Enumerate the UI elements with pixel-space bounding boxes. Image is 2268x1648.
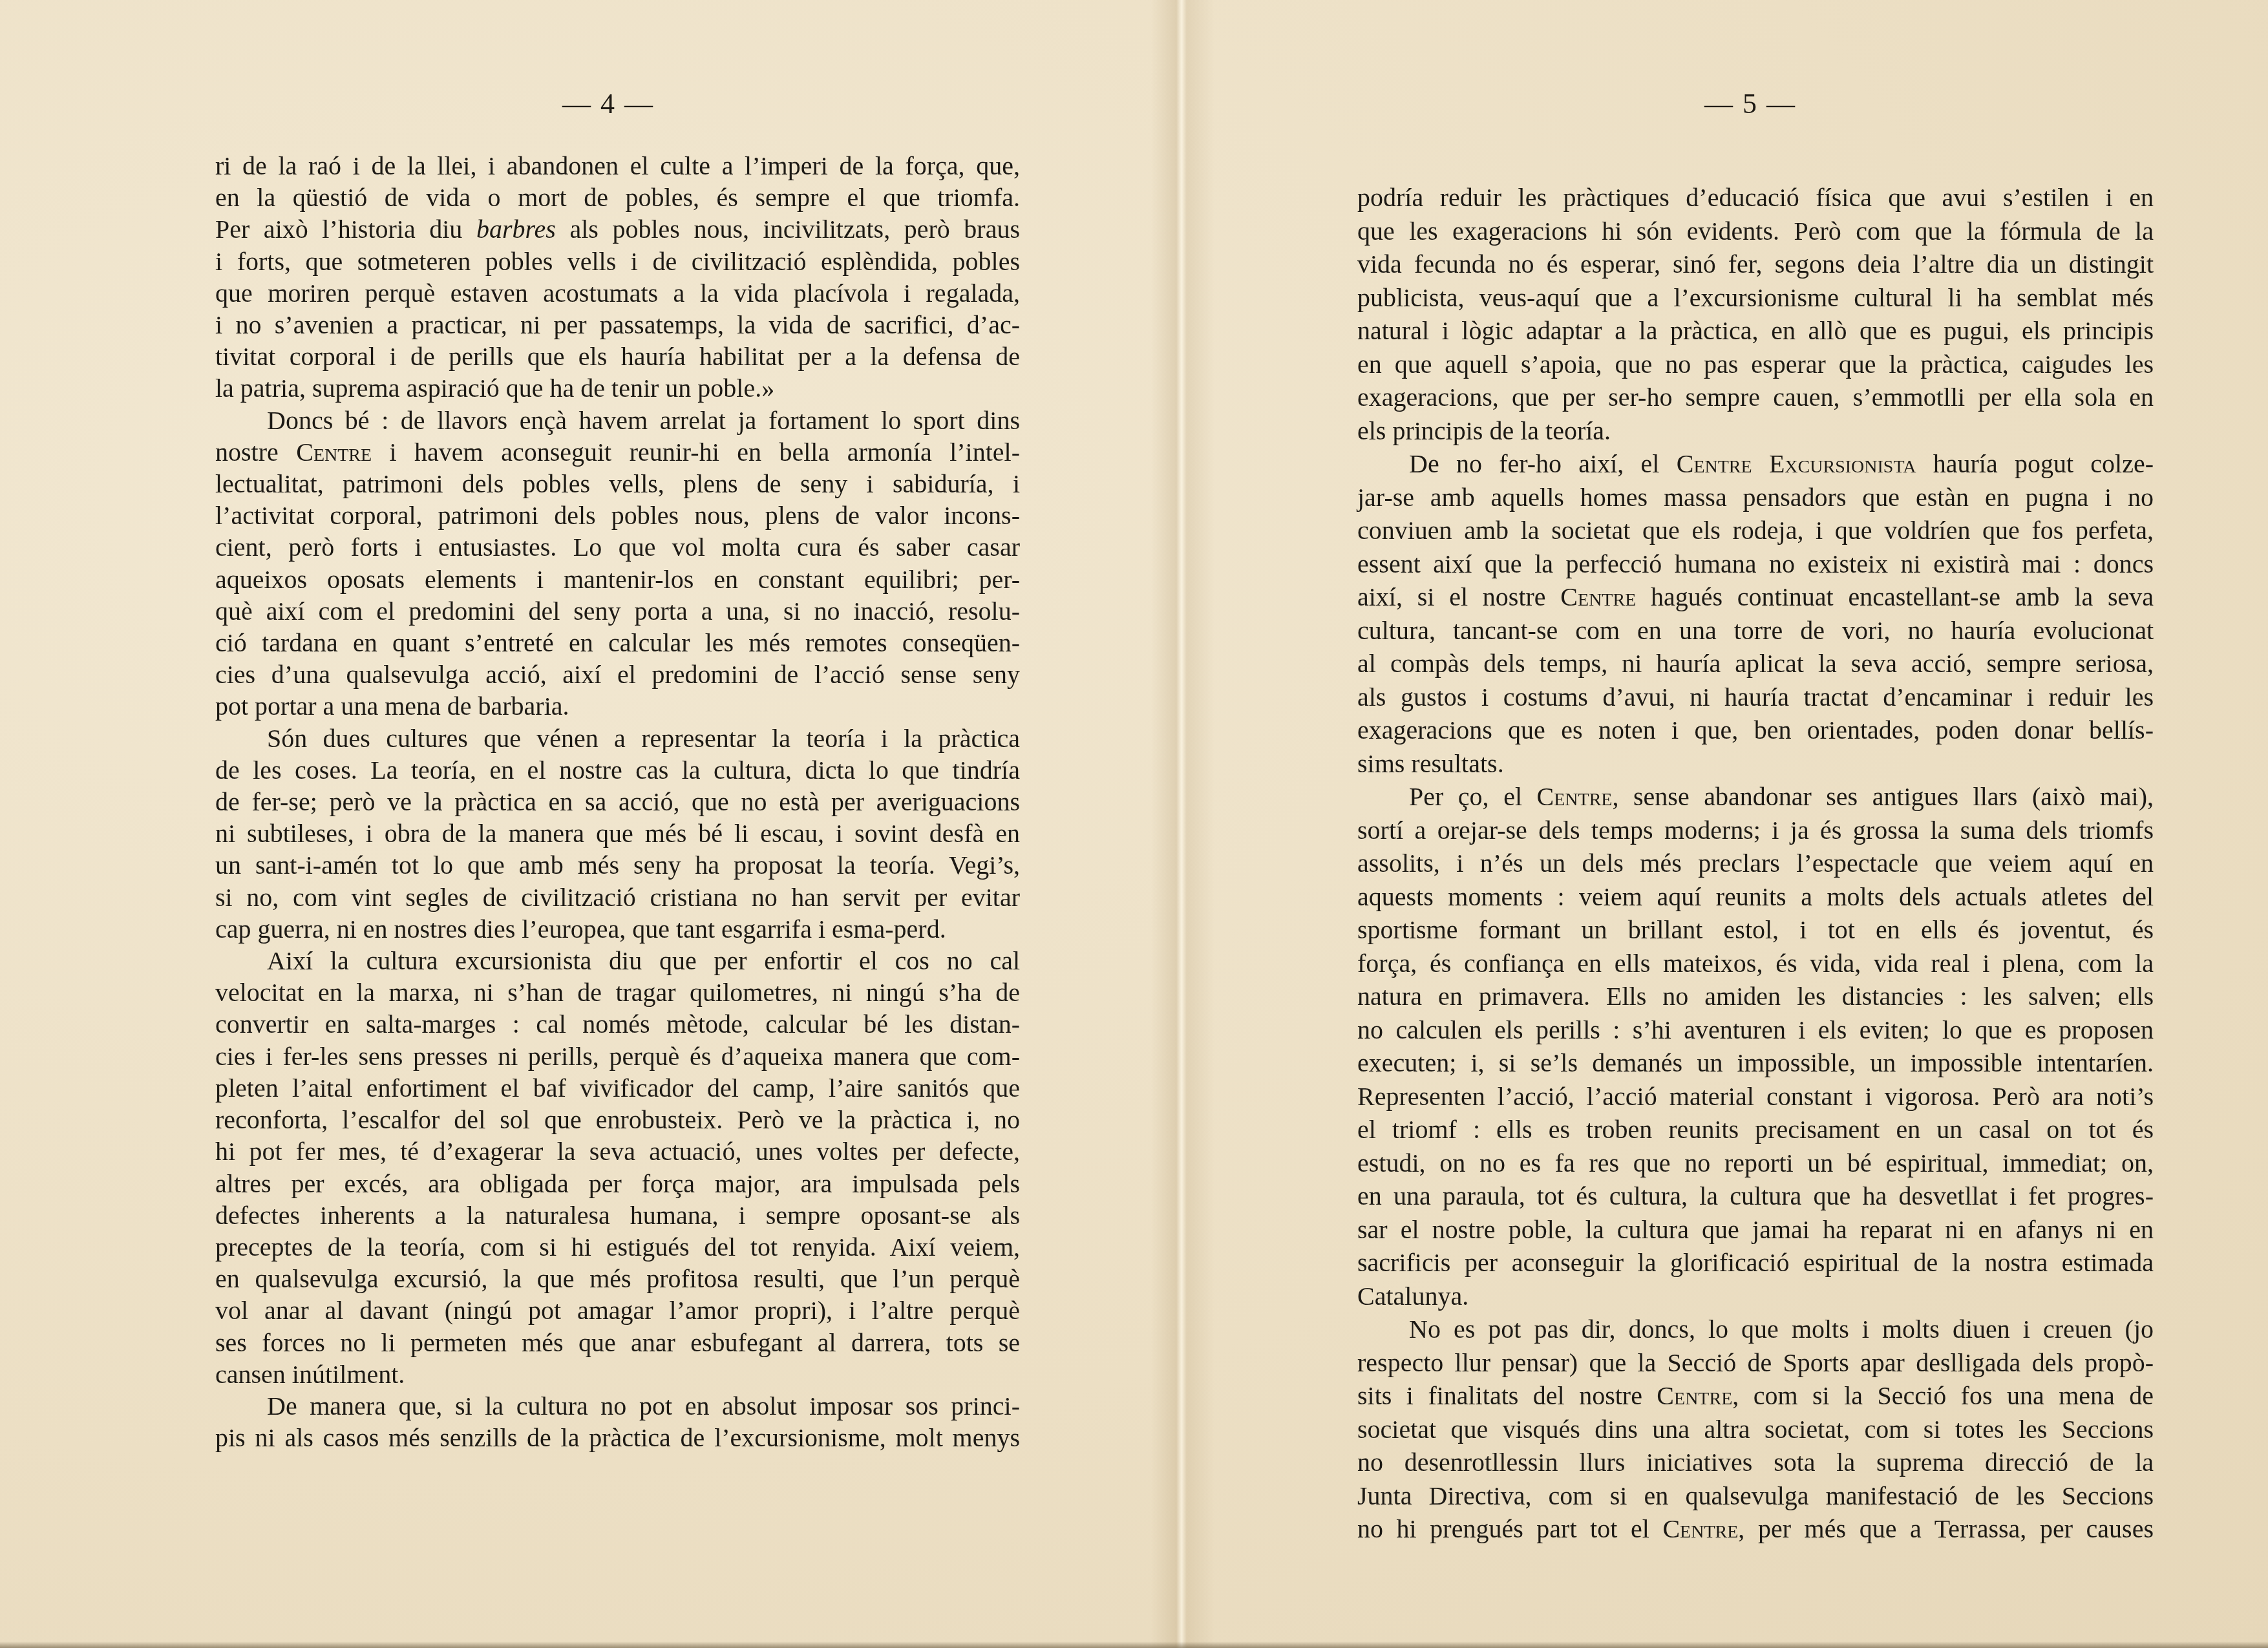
text-line: Junta Directiva, com si en qualsevulga m… [1357, 1479, 2154, 1513]
text-line: jar-se amb aquells homes massa pensadors… [1357, 481, 2154, 514]
line-text: cap guerra, ni en nostres dies l’europea… [215, 913, 1020, 945]
text-line: sar el nostre poble, la cultura que jama… [1357, 1213, 2154, 1247]
text-line: sortí a orejar-se dels temps moderns; i … [1357, 814, 2154, 847]
line-text: podría reduir les pràctiques d’educació … [1357, 181, 2154, 215]
line-text: al compàs dels temps, ni hauría aplicat … [1357, 647, 2154, 681]
text-line: Així la cultura excursionista diu que pe… [215, 945, 1020, 977]
line-text: hi pot fer mes, té d’exagerar la seva ac… [215, 1136, 1020, 1167]
line-text: De manera que, si la cultura no pot en a… [215, 1390, 1020, 1422]
text-line: conviuen amb la societat que els rodeja,… [1357, 514, 2154, 547]
line-text: vida fecunda no és esperar, sinó fer, se… [1357, 248, 2154, 281]
line-text: cultura, tancant-se com en una torre de … [1357, 614, 2154, 648]
text-line: exageracions que es noten i que, ben ori… [1357, 713, 2154, 747]
text-line: vol anar al davant (ningú pot amagar l’a… [215, 1294, 1020, 1326]
line-text: pleten l’aital enfortiment el baf vivifi… [215, 1072, 1020, 1104]
text-line: convertir en salta-marges : cal només mè… [215, 1008, 1020, 1040]
text-line: podría reduir les pràctiques d’educació … [1357, 181, 2154, 215]
line-text: nostre Centre i havem aconseguit reunir-… [215, 436, 1020, 468]
line-text: en la qüestió de vida o mort de pobles, … [215, 182, 1020, 213]
line-text: executen; i, si se’ls demanés un impossi… [1357, 1046, 2154, 1080]
line-text: altres per excés, ara obligada per força… [215, 1168, 1020, 1199]
line-text: no hi prengués part tot el Centre, per m… [1357, 1512, 2154, 1546]
line-text: sits i finalitats del nostre Centre, com… [1357, 1379, 2154, 1413]
text-line: l’activitat corporal, patrimoni dels pob… [215, 500, 1020, 531]
text-line: així, si el nostre Centre hagués continu… [1357, 580, 2154, 614]
text-line: si no, com vint segles de civilització c… [215, 882, 1020, 913]
line-text: cies i fer-les sens presses ni perills, … [215, 1041, 1020, 1072]
text-line: tivitat corporal i de perills que els ha… [215, 341, 1020, 372]
line-text: no desenrotllessin llurs iniciatives sot… [1357, 1446, 2154, 1479]
line-text: defectes inherents a la naturalesa human… [215, 1199, 1020, 1231]
line-text: publicista, veus-aquí que a l’excursioni… [1357, 281, 2154, 315]
text-line: aqueixos oposats elements i mantenir-los… [215, 564, 1020, 595]
line-text: natura en primavera. Ells no amiden les … [1357, 980, 2154, 1013]
text-line: respecto llur pensar) que la Secció de S… [1357, 1346, 2154, 1380]
line-text: què així com el predomini del seny porta… [215, 595, 1020, 627]
line-text: la patria, suprema aspiració que ha de t… [215, 372, 1020, 404]
line-text: que les exageracions hi són evidents. Pe… [1357, 215, 2154, 248]
line-text: assolits, i n’és un dels més preclars l’… [1357, 847, 2154, 880]
text-line: sportisme formant un brillant estol, i t… [1357, 913, 2154, 947]
text-line: defectes inherents a la naturalesa human… [215, 1199, 1020, 1231]
line-text: força, és confiança en ells mateixos, és… [1357, 947, 2154, 980]
text-line: no calculen els perills : s’hi aventuren… [1357, 1013, 2154, 1047]
line-text: essent així que la perfecció humana no e… [1357, 547, 2154, 581]
book-spread: — 4 — ri de la raó i de la llei, i aband… [0, 0, 2268, 1648]
line-text: natural i lògic adaptar a la pràctica, e… [1357, 314, 2154, 348]
text-line: lectualitat, patrimoni dels pobles vells… [215, 468, 1020, 500]
body-text: ri de la raó i de la llei, i abandonen e… [215, 150, 1020, 1453]
line-text: sacrificis per aconseguir la glorificaci… [1357, 1246, 2154, 1280]
text-line: sits i finalitats del nostre Centre, com… [1357, 1379, 2154, 1413]
body-text: podría reduir les pràctiques d’educació … [1357, 181, 2154, 1546]
line-text: ni subtileses, i obra de la manera que m… [215, 818, 1020, 849]
text-line: què així com el predomini del seny porta… [215, 595, 1020, 627]
line-text: preceptes de la teoría, com si hi estigu… [215, 1231, 1020, 1263]
line-text: vol anar al davant (ningú pot amagar l’a… [215, 1294, 1020, 1326]
text-line: Per ço, el Centre, sense abandonar ses a… [1357, 780, 2154, 814]
text-line: publicista, veus-aquí que a l’excursioni… [1357, 281, 2154, 315]
text-line: el triomf : ells es troben reunits preci… [1357, 1113, 2154, 1146]
text-line: assolits, i n’és un dels més preclars l’… [1357, 847, 2154, 880]
line-text: tivitat corporal i de perills que els ha… [215, 341, 1020, 372]
text-line: societat que visqués dins una altra soci… [1357, 1413, 2154, 1446]
text-line: la patria, suprema aspiració que ha de t… [215, 372, 1020, 404]
page-bottom-edge-shadow [0, 1642, 2268, 1648]
text-line: pot portar a una mena de barbaria. [215, 690, 1020, 722]
line-text: i forts, que sotmeteren pobles vells i d… [215, 246, 1020, 277]
text-line: cultura, tancant-se com en una torre de … [1357, 614, 2154, 648]
text-line: Per això l’historia diu barbres als pobl… [215, 213, 1020, 245]
text-line: pleten l’aital enfortiment el baf vivifi… [215, 1072, 1020, 1104]
line-text: cies d’una qualsevulga acció, així el pr… [215, 659, 1020, 690]
page-number: — 5 — [1704, 87, 1796, 120]
text-line: que moriren perquè estaven acostumats a … [215, 277, 1020, 309]
line-text: així, si el nostre Centre hagués continu… [1357, 580, 2154, 614]
line-text: jar-se amb aquells homes massa pensadors… [1357, 481, 2154, 514]
line-text: el triomf : ells es troben reunits preci… [1357, 1113, 2154, 1146]
text-line: natura en primavera. Ells no amiden les … [1357, 980, 2154, 1013]
text-line: ri de la raó i de la llei, i abandonen e… [215, 150, 1020, 182]
right-page: — 5 — podría reduir les pràctiques d’edu… [1181, 0, 2268, 1648]
text-line: exageracions, que per ser-ho sempre caue… [1357, 381, 2154, 414]
line-text: de les coses. La teoría, en el nostre ca… [215, 754, 1020, 786]
line-text: sportisme formant un brillant estol, i t… [1357, 913, 2154, 947]
text-line: ni subtileses, i obra de la manera que m… [215, 818, 1020, 849]
text-line: un sant-i-amén tot lo que amb més seny h… [215, 849, 1020, 881]
line-text: De no fer-ho així, el Centre Excursionis… [1357, 447, 2154, 481]
line-text: lectualitat, patrimoni dels pobles vells… [215, 468, 1020, 500]
line-text: Així la cultura excursionista diu que pe… [215, 945, 1020, 977]
text-line: aquests moments : veiem aquí reunits a m… [1357, 880, 2154, 914]
line-text: aquests moments : veiem aquí reunits a m… [1357, 880, 2154, 914]
line-text: pis ni als casos més senzills de la pràc… [215, 1422, 1020, 1453]
line-text: els principis de la teoría. [1357, 414, 2154, 448]
text-line: cansen inútilment. [215, 1358, 1020, 1390]
text-line: Són dues cultures que vénen a representa… [215, 723, 1020, 754]
line-text: pot portar a una mena de barbaria. [215, 690, 1020, 722]
line-text: Representen l’acció, l’acció material co… [1357, 1080, 2154, 1114]
text-line: Representen l’acció, l’acció material co… [1357, 1080, 2154, 1114]
text-line: essent així que la perfecció humana no e… [1357, 547, 2154, 581]
text-line: reconforta, l’escalfor del sol que enrob… [215, 1104, 1020, 1136]
text-line: cies i fer-les sens presses ni perills, … [215, 1041, 1020, 1072]
text-line: ció tardana en quant s’entreté en calcul… [215, 627, 1020, 659]
text-line: Doncs bé : de llavors ençà havem arrelat… [215, 405, 1020, 436]
line-text: respecto llur pensar) que la Secció de S… [1357, 1346, 2154, 1380]
line-text: convertir en salta-marges : cal només mè… [215, 1008, 1020, 1040]
text-line: natural i lògic adaptar a la pràctica, e… [1357, 314, 2154, 348]
line-text: sar el nostre poble, la cultura que jama… [1357, 1213, 2154, 1247]
line-text: Doncs bé : de llavors ençà havem arrelat… [215, 405, 1020, 436]
text-line: en la qüestió de vida o mort de pobles, … [215, 182, 1020, 213]
text-line: en que aquell s’apoia, que no pas espera… [1357, 348, 2154, 381]
text-line: altres per excés, ara obligada per força… [215, 1168, 1020, 1199]
text-line: vida fecunda no és esperar, sinó fer, se… [1357, 248, 2154, 281]
text-line: ses forces no li permeten més que anar e… [215, 1327, 1020, 1358]
line-text: en una paraula, tot és cultura, la cultu… [1357, 1179, 2154, 1213]
line-text: sims resultats. [1357, 747, 2154, 781]
text-line: al compàs dels temps, ni hauría aplicat … [1357, 647, 2154, 681]
text-line: no desenrotllessin llurs iniciatives sot… [1357, 1446, 2154, 1479]
text-line: els principis de la teoría. [1357, 414, 2154, 448]
line-text: de fer-se; però ve la pràctica en sa acc… [215, 786, 1020, 818]
text-line: força, és confiança en ells mateixos, és… [1357, 947, 2154, 980]
text-line: i no s’avenien a practicar, ni per passa… [215, 309, 1020, 341]
line-text: cansen inútilment. [215, 1358, 1020, 1390]
text-line: cap guerra, ni en nostres dies l’europea… [215, 913, 1020, 945]
text-line: estudi, on no es fa res que no reporti u… [1357, 1146, 2154, 1180]
text-line: De manera que, si la cultura no pot en a… [215, 1390, 1020, 1422]
text-line: als gustos i costums d’avui, ni hauría t… [1357, 681, 2154, 714]
text-line: de les coses. La teoría, en el nostre ca… [215, 754, 1020, 786]
text-line: nostre Centre i havem aconseguit reunir-… [215, 436, 1020, 468]
line-text: en qualsevulga excursió, la que més prof… [215, 1263, 1020, 1294]
line-text: i no s’avenien a practicar, ni per passa… [215, 309, 1020, 341]
line-text: un sant-i-amén tot lo que amb més seny h… [215, 849, 1020, 881]
line-text: No es pot pas dir, doncs, lo que molts i… [1357, 1313, 2154, 1346]
line-text: aqueixos oposats elements i mantenir-los… [215, 564, 1020, 595]
line-text: ri de la raó i de la llei, i abandonen e… [215, 150, 1020, 182]
text-line: cies d’una qualsevulga acció, així el pr… [215, 659, 1020, 690]
text-line: preceptes de la teoría, com si hi estigu… [215, 1231, 1020, 1263]
line-text: Catalunya. [1357, 1280, 2154, 1313]
line-text: ció tardana en quant s’entreté en calcul… [215, 627, 1020, 659]
text-line: cient, però forts i entusiastes. Lo que … [215, 531, 1020, 563]
text-line: que les exageracions hi són evidents. Pe… [1357, 215, 2154, 248]
line-text: exageracions que es noten i que, ben ori… [1357, 713, 2154, 747]
text-line: en qualsevulga excursió, la que més prof… [215, 1263, 1020, 1294]
text-line: velocitat en la marxa, ni s’han de traga… [215, 977, 1020, 1008]
text-line: sims resultats. [1357, 747, 2154, 781]
line-text: l’activitat corporal, patrimoni dels pob… [215, 500, 1020, 531]
line-text: Per ço, el Centre, sense abandonar ses a… [1357, 780, 2154, 814]
line-text: cient, però forts i entusiastes. Lo que … [215, 531, 1020, 563]
line-text: estudi, on no es fa res que no reporti u… [1357, 1146, 2154, 1180]
text-line: executen; i, si se’ls demanés un impossi… [1357, 1046, 2154, 1080]
text-line: en una paraula, tot és cultura, la cultu… [1357, 1179, 2154, 1213]
text-line: i forts, que sotmeteren pobles vells i d… [215, 246, 1020, 277]
text-line: Catalunya. [1357, 1280, 2154, 1313]
line-text: Són dues cultures que vénen a representa… [215, 723, 1020, 754]
text-line: De no fer-ho així, el Centre Excursionis… [1357, 447, 2154, 481]
line-text: sortí a orejar-se dels temps moderns; i … [1357, 814, 2154, 847]
text-line: No es pot pas dir, doncs, lo que molts i… [1357, 1313, 2154, 1346]
line-text: en que aquell s’apoia, que no pas espera… [1357, 348, 2154, 381]
line-text: que moriren perquè estaven acostumats a … [215, 277, 1020, 309]
line-text: als gustos i costums d’avui, ni hauría t… [1357, 681, 2154, 714]
text-line: hi pot fer mes, té d’exagerar la seva ac… [215, 1136, 1020, 1167]
left-page: — 4 — ri de la raó i de la llei, i aband… [0, 0, 1181, 1648]
text-line: no hi prengués part tot el Centre, per m… [1357, 1512, 2154, 1546]
text-line: de fer-se; però ve la pràctica en sa acc… [215, 786, 1020, 818]
text-line: pis ni als casos més senzills de la pràc… [215, 1422, 1020, 1453]
line-text: conviuen amb la societat que els rodeja,… [1357, 514, 2154, 547]
line-text: exageracions, que per ser-ho sempre caue… [1357, 381, 2154, 414]
line-text: reconforta, l’escalfor del sol que enrob… [215, 1104, 1020, 1136]
line-text: no calculen els perills : s’hi aventuren… [1357, 1013, 2154, 1047]
page-number: — 4 — [562, 87, 654, 120]
text-line: sacrificis per aconseguir la glorificaci… [1357, 1246, 2154, 1280]
line-text: Per això l’historia diu barbres als pobl… [215, 213, 1020, 245]
line-text: societat que visqués dins una altra soci… [1357, 1413, 2154, 1446]
line-text: velocitat en la marxa, ni s’han de traga… [215, 977, 1020, 1008]
line-text: ses forces no li permeten més que anar e… [215, 1327, 1020, 1358]
line-text: Junta Directiva, com si en qualsevulga m… [1357, 1479, 2154, 1513]
line-text: si no, com vint segles de civilització c… [215, 882, 1020, 913]
